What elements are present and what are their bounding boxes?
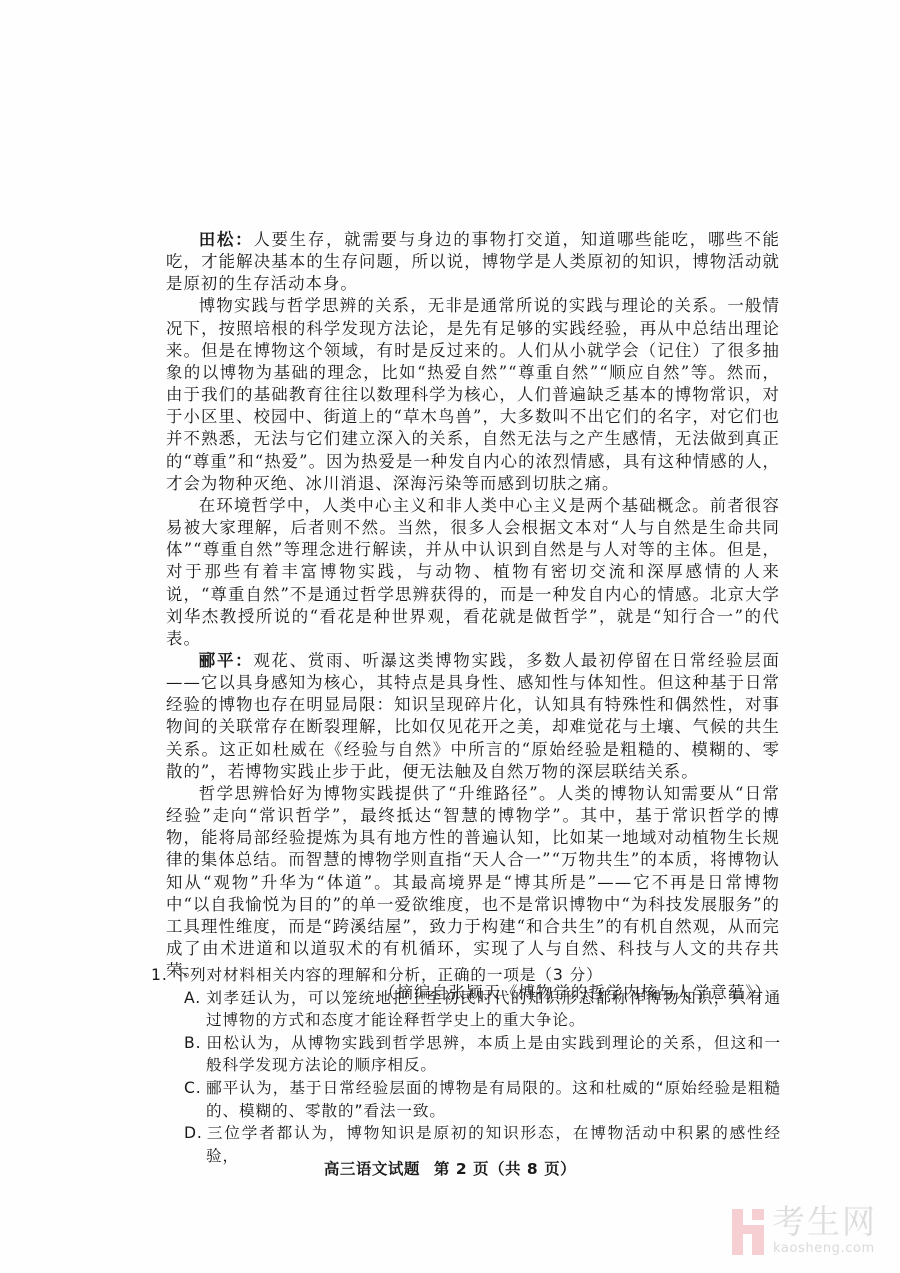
option-c: C.郦平认为，基于日常经验层面的博物是有局限的。这和杜威的“原始经验是粗糙的、模… bbox=[151, 1077, 791, 1122]
paragraph-philosophical-speculation: 哲学思辨恰好为博物实践提供了“升维路径”。人类的博物认知需要从“日常经验”走向“… bbox=[166, 783, 780, 982]
kaosheng-logo-icon bbox=[732, 1209, 766, 1255]
speaker-label: 田松： bbox=[199, 230, 254, 249]
paragraph-practice-theory: 博物实践与哲学思辨的关系，无非是通常所说的实践与理论的关系。一般情况下，按照培根… bbox=[166, 295, 780, 494]
question-stem: 1. 下列对材料相关内容的理解和分析，正确的一项是（3 分） bbox=[151, 964, 791, 987]
paragraph-text: 博物实践与哲学思辨的关系，无非是通常所说的实践与理论的关系。一般情况下，按照培根… bbox=[166, 296, 780, 492]
page-footer: 高三语文试题第 2 页（共 8 页） bbox=[0, 1157, 900, 1179]
paragraph-text: 哲学思辨恰好为博物实践提供了“升维路径”。人类的博物认知需要从“日常经验”走向“… bbox=[166, 784, 780, 980]
paragraph-li-ping: 郦平：观花、赏雨、听瀑这类博物实践，多数人最初停留在日常经验层面——它以具身感知… bbox=[166, 650, 780, 783]
paragraph-text: 在环境哲学中，人类中心主义和非人类中心主义是两个基础概念。前者很容易被大家理解，… bbox=[166, 496, 780, 648]
option-letter: B. bbox=[184, 1032, 206, 1055]
paragraph-environmental-philosophy: 在环境哲学中，人类中心主义和非人类中心主义是两个基础概念。前者很容易被大家理解，… bbox=[166, 495, 780, 650]
option-letter: D. bbox=[184, 1122, 206, 1145]
question-1: 1. 下列对材料相关内容的理解和分析，正确的一项是（3 分） A.刘孝廷认为，可… bbox=[151, 964, 791, 1167]
watermark-brand: 考生网 bbox=[772, 1203, 877, 1241]
paragraph-text: 人要生存，就需要与身边的事物打交道，知道哪些能吃，哪些不能吃，才能解决基本的生存… bbox=[166, 230, 780, 293]
exam-title: 高三语文试题 bbox=[324, 1160, 420, 1178]
page-number: 第 2 页（共 8 页） bbox=[434, 1160, 576, 1178]
speaker-label: 郦平： bbox=[199, 651, 254, 670]
option-letter: A. bbox=[184, 987, 206, 1010]
paragraph-text: 观花、赏雨、听瀑这类博物实践，多数人最初停留在日常经验层面——它以具身感知为核心… bbox=[166, 651, 780, 781]
option-text: 郦平认为，基于日常经验层面的博物是有局限的。这和杜威的“原始经验是粗糙的、模糊的… bbox=[206, 1079, 781, 1120]
watermark-url: kaosheng.com bbox=[773, 1241, 875, 1256]
reading-passage: 田松：人要生存，就需要与身边的事物打交道，知道哪些能吃，哪些不能吃，才能解决基本… bbox=[166, 229, 780, 1004]
option-text: 刘孝廷认为，可以笼统地把上至初民时代的知识形态都称作博物知识，只有通过博物的方式… bbox=[206, 989, 781, 1030]
exam-page: 田松：人要生存，就需要与身边的事物打交道，知道哪些能吃，哪些不能吃，才能解决基本… bbox=[0, 0, 900, 1273]
option-a: A.刘孝廷认为，可以笼统地把上至初民时代的知识形态都称作博物知识，只有通过博物的… bbox=[151, 987, 791, 1032]
option-b: B.田松认为，从博物实践到哲学思辨，本质上是由实践到理论的关系，但这和一般科学发… bbox=[151, 1032, 791, 1077]
option-letter: C. bbox=[184, 1077, 206, 1100]
option-text: 田松认为，从博物实践到哲学思辨，本质上是由实践到理论的关系，但这和一般科学发现方… bbox=[206, 1034, 781, 1075]
watermark: 考生网 kaosheng.com bbox=[732, 1203, 900, 1263]
paragraph-tian-song: 田松：人要生存，就需要与身边的事物打交道，知道哪些能吃，哪些不能吃，才能解决基本… bbox=[166, 229, 780, 295]
